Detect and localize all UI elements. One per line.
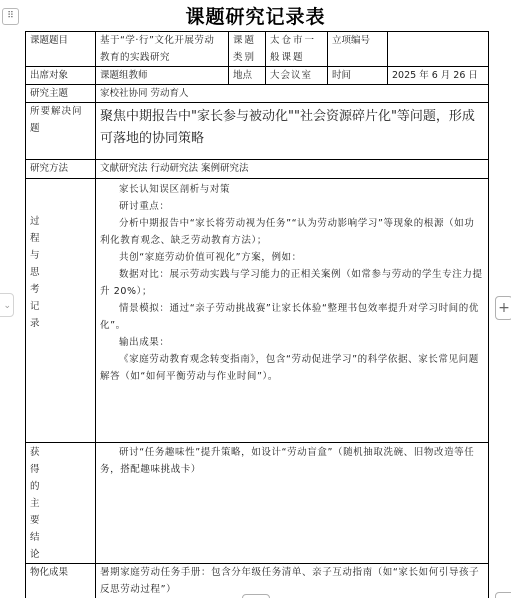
label-char: 录 — [30, 315, 91, 332]
label-category: 课题类别 — [229, 32, 266, 67]
project-no-value[interactable] — [388, 32, 489, 67]
label-result: 物化成果 — [26, 564, 96, 598]
method-value[interactable]: 文献研究法 行动研究法 案例研究法 — [96, 160, 489, 179]
label-attendees: 出席对象 — [26, 67, 96, 85]
label-char: 要 — [30, 512, 91, 529]
page-title: 课题研究记录表 — [0, 2, 511, 29]
label-time: 时间 — [328, 67, 388, 85]
location-value[interactable]: 大会议室 — [266, 67, 328, 85]
label-char: 得 — [30, 461, 91, 478]
label-char: 记 — [30, 298, 91, 315]
theme-value[interactable]: 家校社协同 劳动育人 — [96, 85, 489, 103]
topic-value[interactable]: 基于“学·行”文化开展劳动教育的实践研究 — [96, 32, 229, 67]
label-char: 与 — [30, 247, 91, 264]
table-row-method: 研究方法 文献研究法 行动研究法 案例研究法 — [26, 160, 489, 179]
add-column-button[interactable]: + — [495, 296, 511, 320]
label-location: 地点 — [229, 67, 266, 85]
process-content[interactable]: 家长认知误区剖析与对策 研讨重点： 分析中期报告中“家长将劳动视为任务”“认为劳… — [96, 179, 489, 443]
process-paragraph: 研讨重点： — [100, 198, 484, 215]
table-row-conclusions: 获 得 的 主 要 结 论 研讨“任务趣味性”提升策略，如设计“劳动盲盒”（随机… — [26, 443, 489, 564]
time-value[interactable]: 2025 年 6 月 26 日 — [388, 67, 489, 85]
attendees-value[interactable]: 课题组教师 — [96, 67, 229, 85]
table-row-problem: 所要解决问题 聚焦中期报告中"家长参与被动化""社会资源碎片化"等问题，形成可落… — [26, 103, 489, 160]
process-paragraph: 分析中期报告中“家长将劳动视为任务”“认为劳动影响学习”等现象的根源（如功利化教… — [100, 215, 484, 249]
label-char: 思 — [30, 264, 91, 281]
table-row-process: 过 程 与 思 考 记 录 家长认知误区剖析与对策 研讨重点： 分析中期报告中“… — [26, 179, 489, 443]
process-paragraph: 《家庭劳动教育观念转变指南》，包含“劳动促进学习”的科学依据、家长常见问题解答（… — [100, 351, 484, 385]
process-paragraph: 共创“家庭劳动价值可视化”方案，例如： — [100, 249, 484, 266]
label-char: 获 — [30, 444, 91, 461]
label-char: 结 — [30, 529, 91, 546]
label-char: 主 — [30, 495, 91, 512]
resize-handle[interactable] — [495, 592, 511, 598]
label-char: 程 — [30, 230, 91, 247]
process-paragraph: 数据对比：展示劳动实践与学习能力的正相关案例（如常参与劳动的学生专注力提升 20… — [100, 266, 484, 300]
label-conclusions: 获 得 的 主 要 结 论 — [26, 443, 96, 564]
process-paragraph: 情景模拟：通过“亲子劳动挑战赛”让家长体验“整理书包效率提升对学习时间的优化”。 — [100, 300, 484, 334]
table-drag-handle-icon[interactable]: ⠿ — [2, 8, 19, 25]
label-problem: 所要解决问题 — [26, 103, 96, 160]
label-method: 研究方法 — [26, 160, 96, 179]
result-value[interactable]: 暑期家庭劳动任务手册：包含分年级任务清单、亲子互动指南（如“家长如何引导孩子反思… — [96, 564, 489, 598]
row-menu-chevron-icon[interactable]: ⌄ — [0, 293, 14, 317]
table-row-attendees: 出席对象 课题组教师 地点 大会议室 时间 2025 年 6 月 26 日 — [26, 67, 489, 85]
label-project-no: 立项编号 — [328, 32, 388, 67]
label-char: 的 — [30, 478, 91, 495]
record-table: 课题题目 基于“学·行”文化开展劳动教育的实践研究 课题类别 太仓市一般课题 立… — [25, 31, 489, 598]
label-process: 过 程 与 思 考 记 录 — [26, 179, 96, 443]
label-char: 过 — [30, 213, 91, 230]
table-row-theme: 研究主题 家校社协同 劳动育人 — [26, 85, 489, 103]
table-row-topic: 课题题目 基于“学·行”文化开展劳动教育的实践研究 课题类别 太仓市一般课题 立… — [26, 32, 489, 67]
label-topic: 课题题目 — [26, 32, 96, 67]
label-char: 论 — [30, 546, 91, 563]
label-char: 考 — [30, 281, 91, 298]
process-paragraph: 输出成果： — [100, 334, 484, 351]
label-theme: 研究主题 — [26, 85, 96, 103]
category-value[interactable]: 太仓市一般课题 — [266, 32, 328, 67]
conclusions-content[interactable]: 研讨“任务趣味性”提升策略，如设计“劳动盲盒”（随机抽取洗碗、旧物改造等任务，搭… — [96, 443, 489, 564]
table-row-result: 物化成果 暑期家庭劳动任务手册：包含分年级任务清单、亲子互动指南（如“家长如何引… — [26, 564, 489, 598]
problem-value[interactable]: 聚焦中期报告中"家长参与被动化""社会资源碎片化"等问题，形成可落地的协同策略 — [96, 103, 489, 160]
conclusion-paragraph: 研讨“任务趣味性”提升策略，如设计“劳动盲盒”（随机抽取洗碗、旧物改造等任务，搭… — [100, 444, 484, 478]
process-paragraph: 家长认知误区剖析与对策 — [100, 181, 484, 198]
